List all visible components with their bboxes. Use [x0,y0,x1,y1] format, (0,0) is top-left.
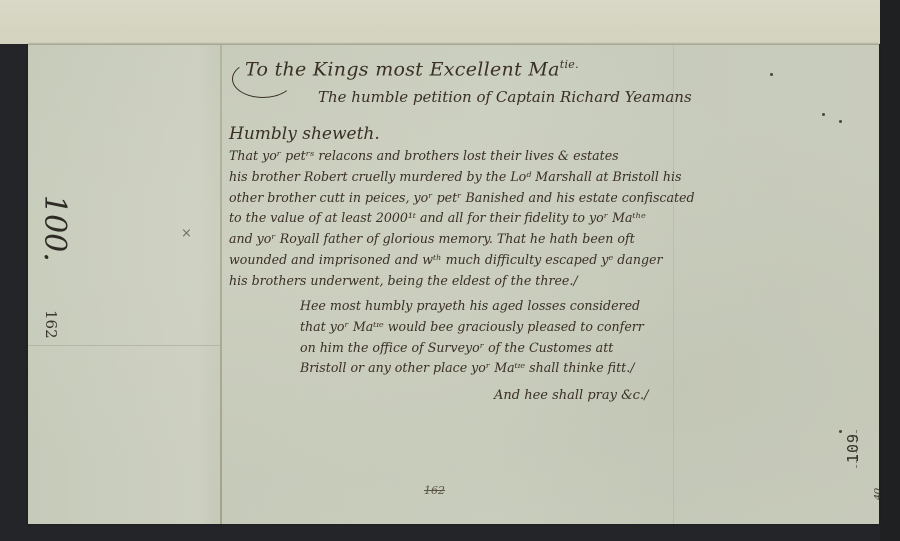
paper-speck [839,430,842,433]
margin-folio-number: 162 [42,310,60,339]
body-line: wounded and imprisoned and wᵗʰ much diff… [229,250,695,271]
address-text: To the Kings most Excellent Ma [245,58,560,80]
address-superscript: tie. [560,58,579,71]
prayer-line: that yoʳ Maᵗᶦᵉ would bee graciously plea… [300,317,644,338]
closing-line: And hee shall pray &c./ [494,388,648,403]
prayer-line: Hee most humbly prayeth his aged losses … [300,296,644,317]
body-line: to the value of at least 2000¹ᵗ and all … [229,208,695,229]
petition-body: That yoʳ petʳˢ relacons and brothers los… [229,146,695,292]
greeting: Humbly sheweth. [229,124,380,144]
horizontal-fold-crease [28,345,220,346]
petitioner-line: The humble petition of Captain Richard Y… [318,88,692,106]
dark-background-edge [880,0,900,541]
paper-speck [839,120,842,123]
body-line: his brother Robert cruelly murdered by t… [229,167,695,188]
paper-speck [770,73,773,76]
prayer-line: on him the office of Surveyoʳ of the Cus… [300,338,644,359]
stamped-folio-number: 109 [844,433,862,463]
prayer-line: Bristoll or any other place yoʳ Maᵗᶦᵉ sh… [300,358,644,379]
body-line: That yoʳ petʳˢ relacons and brothers los… [229,146,695,167]
cross-mark: × [181,226,192,241]
margin-number: 100. [37,195,72,262]
body-line: other brother cutt in peices, yoʳ petʳ B… [229,188,695,209]
pencil-fraction-mark: ₄₀ [866,488,884,500]
backing-sheet [0,0,880,44]
prayer-clause: Hee most humbly prayeth his aged losses … [300,296,644,379]
body-line: his brothers underwent, being the eldest… [229,271,695,292]
body-line: and yoʳ Royall father of glorious memory… [229,229,695,250]
paper-speck [822,113,825,116]
vertical-fold-crease [220,45,222,524]
foot-folio-number: 162 [424,484,445,497]
address-line: To the Kings most Excellent Matie. [245,58,579,80]
